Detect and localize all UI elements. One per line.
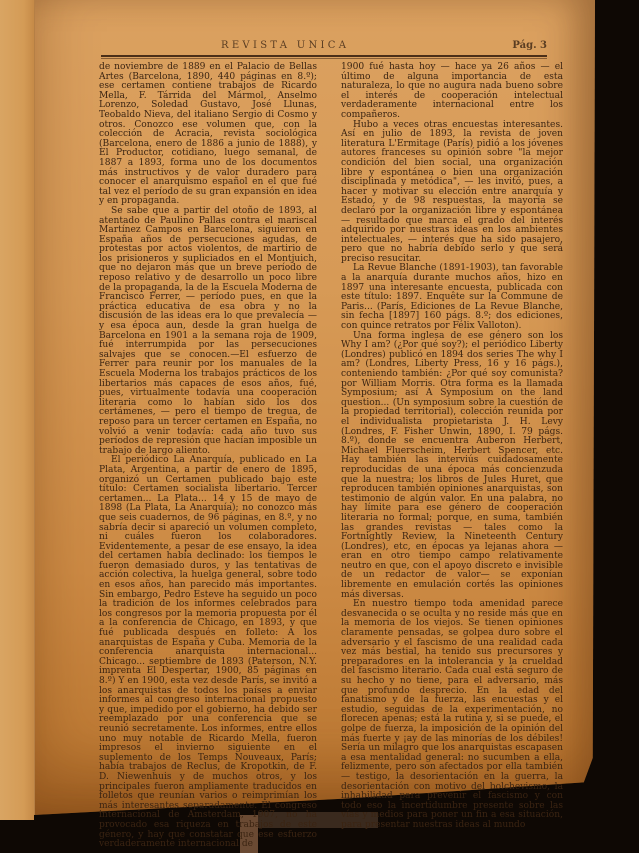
publication-title: REVISTA UNICA <box>221 40 349 51</box>
paragraph: El periódico La Anarquía, publicado en L… <box>99 456 317 849</box>
previous-page-edge <box>0 0 34 820</box>
paragraph: de noviembre de 1889 en el Palacio de Be… <box>99 63 317 207</box>
paragraph: La Revue Blanche (1891-1903), tan favora… <box>341 264 563 331</box>
right-column: 1900 fué hasta hoy — hace ya 26 años — e… <box>341 63 563 831</box>
paragraph: Hubo a veces otras encuestas interesante… <box>341 121 563 265</box>
paragraph: Una forma inglesa de ese género son los … <box>341 332 563 601</box>
header-rule-thin <box>101 58 547 59</box>
paragraph: 1900 fué hasta hoy — hace ya 26 años — e… <box>341 63 563 121</box>
page-number: Pág. 3 <box>512 40 547 51</box>
paragraph: Se sabe que a partir del otoño de 1893, … <box>99 207 317 456</box>
running-header: REVISTA UNICA Pág. 3 <box>101 40 547 54</box>
paragraph: En nuestro tiempo toda amenidad parece d… <box>341 600 563 830</box>
left-column: de noviembre de 1889 en el Palacio de Be… <box>99 63 317 850</box>
header-rule <box>101 55 547 57</box>
